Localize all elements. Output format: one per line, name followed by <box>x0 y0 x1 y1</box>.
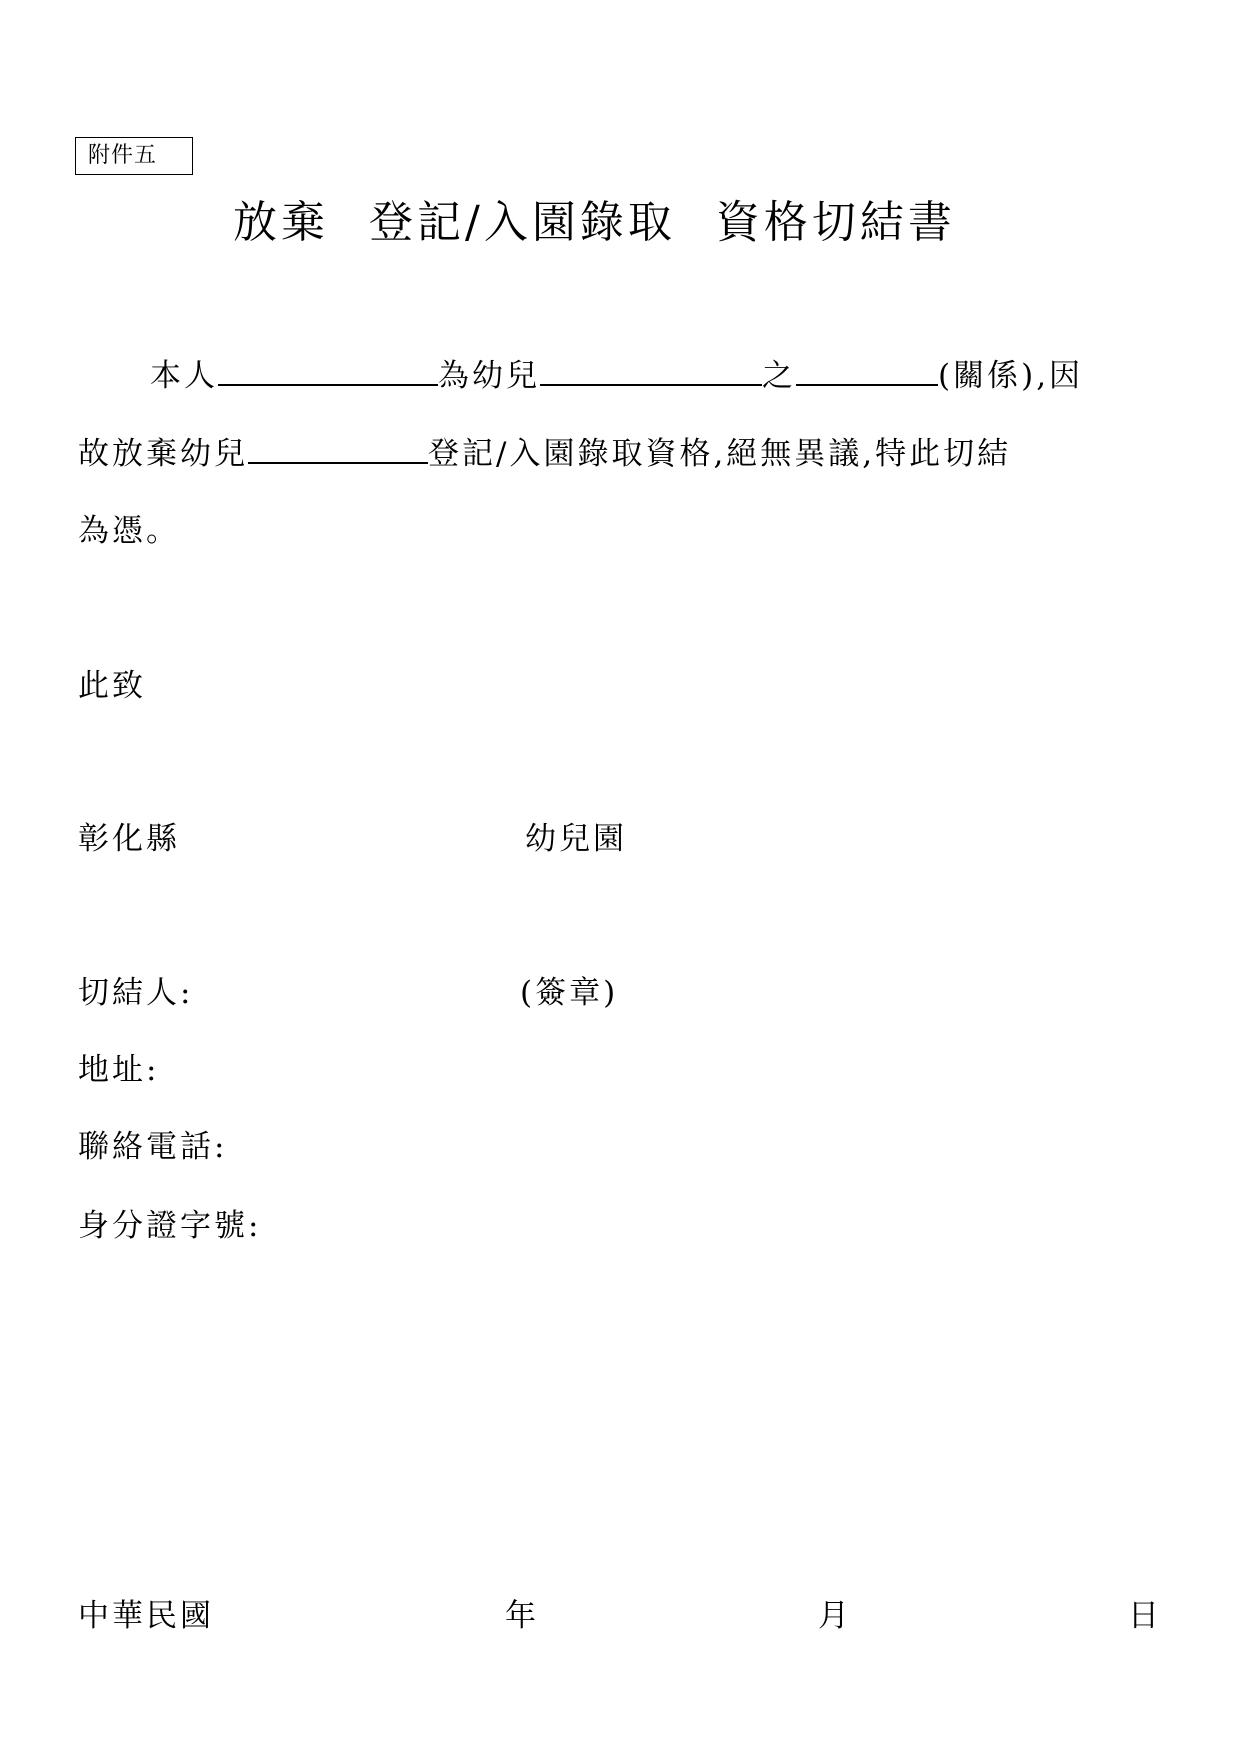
title-part-2: 登記/入園錄取 <box>369 197 676 248</box>
text-of: 之 <box>762 358 796 394</box>
id-number-label: 身分證字號: <box>78 1200 261 1245</box>
title-part-3: 資格切結書 <box>716 197 956 248</box>
address-label: 地址: <box>78 1044 159 1089</box>
body-line-2: 故放棄幼兒登記/入園錄取資格,絕無異議,特此切結 <box>78 428 1011 473</box>
text-registration: 登記/入園錄取資格,絕無異議,特此切結 <box>428 436 1011 472</box>
text-self: 本人 <box>150 358 218 394</box>
child-name-blank[interactable] <box>540 356 762 386</box>
text-for-child: 為幼兒 <box>438 358 540 394</box>
text-relationship: (關係),因 <box>938 358 1083 394</box>
date-month: 月 <box>818 1590 852 1635</box>
date-day: 日 <box>1128 1590 1162 1635</box>
recipient-kindergarten: 幼兒園 <box>525 813 627 858</box>
relationship-blank[interactable] <box>796 356 938 386</box>
date-era: 中華民國 <box>78 1590 214 1635</box>
body-line-3: 為憑。 <box>78 505 180 550</box>
guardian-name-blank[interactable] <box>218 356 438 386</box>
salutation: 此致 <box>78 660 146 705</box>
phone-label: 聯絡電話: <box>78 1121 227 1166</box>
date-year: 年 <box>505 1590 539 1635</box>
document-title: 放棄登記/入園錄取資格切結書 <box>233 186 956 250</box>
recipient-county: 彰化縣 <box>78 813 180 858</box>
signature-note: (簽章) <box>520 967 618 1012</box>
text-abandon-child: 故放棄幼兒 <box>78 436 248 472</box>
attachment-label: 附件五 <box>75 137 193 175</box>
signer-label: 切結人: <box>78 967 193 1012</box>
child-name-blank-2[interactable] <box>248 434 428 464</box>
title-part-1: 放棄 <box>233 197 329 248</box>
body-line-1: 本人為幼兒之(關係),因 <box>150 350 1083 395</box>
